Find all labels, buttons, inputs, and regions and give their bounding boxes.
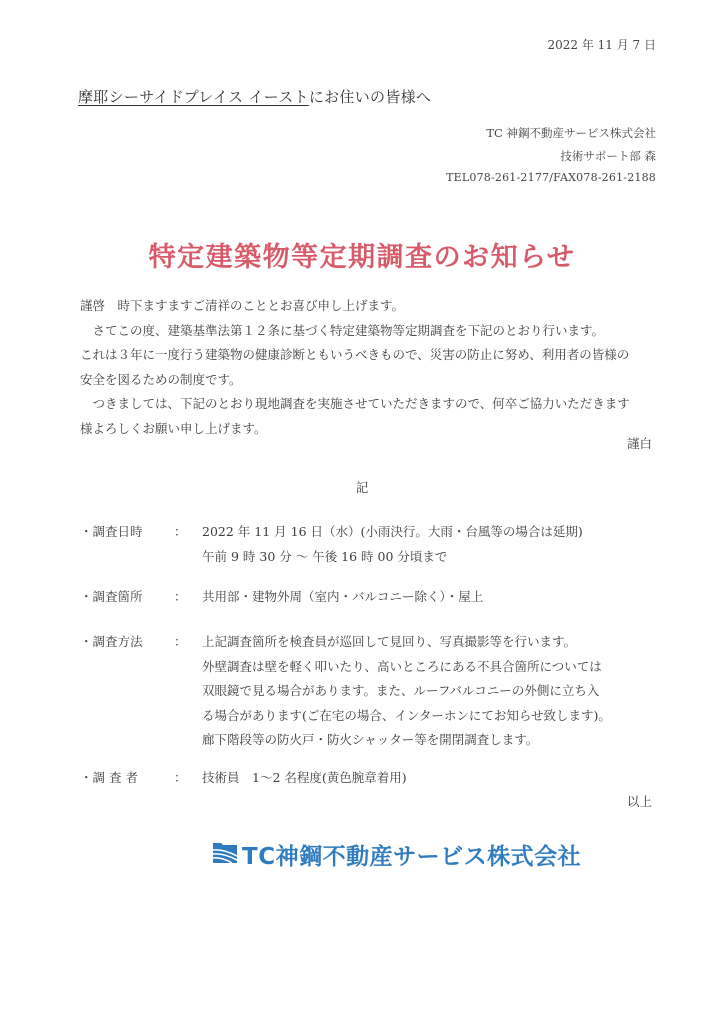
item-value: 2022 年 11 月 16 日（水）(小雨決行。大雨・台風等の場合は延期) 午… [202, 520, 583, 569]
body-line: 安全を図るための制度です。 [80, 368, 660, 393]
sender-contact: TEL078-261-2177/FAX078-261-2188 [446, 171, 656, 184]
item-survey-date: ・調査日時： 2022 年 11 月 16 日（水）(小雨決行。大雨・台風等の場… [80, 520, 583, 569]
sender-company: TC 神鋼不動産サービス株式会社 [486, 125, 656, 141]
item-label: ・調 査 者 [80, 766, 174, 791]
item-label: ・調査箇所 [80, 585, 174, 610]
company-logo: TC神鋼不動産サービス株式会社 [212, 838, 581, 871]
company-logo-icon [212, 841, 238, 869]
item-value: 技術員 1～2 名程度(黄色腕章着用) [202, 766, 407, 791]
body-line: つきましては、下記のとおり現地調査を実施させていただきますので、何卒ご協力いただ… [80, 392, 660, 417]
item-line: 廊下階段等の防火戸・防火シャッター等を開閉調査します。 [202, 728, 611, 753]
item-colon: ： [174, 630, 202, 655]
item-value: 共用部・建物外周（室内・バルコニー除く）・屋上 [202, 585, 483, 610]
item-line: る場合があります(ご在宅の場合、インターホンにてお知らせ致します)。 [202, 704, 611, 729]
item-line: 2022 年 11 月 16 日（水）(小雨決行。大雨・台風等の場合は延期) [202, 520, 583, 545]
closing-kinpaku: 謹白 [627, 434, 652, 452]
item-line: 共用部・建物外周（室内・バルコニー除く）・屋上 [202, 585, 483, 610]
item-surveyor: ・調 査 者： 技術員 1～2 名程度(黄色腕章着用) [80, 766, 407, 791]
notice-body: 謹啓 時下ますますご清祥のこととお喜び申し上げます。 さてこの度、建築基準法第１… [80, 294, 660, 441]
item-line: 双眼鏡で見る場合があります。また、ルーフバルコニーの外側に立ち入 [202, 679, 611, 704]
ki-heading: 記 [0, 478, 724, 496]
notice-title: 特定建築物等定期調査のお知らせ [0, 235, 724, 274]
building-name: 摩耶シーサイドプレイス イースト [78, 88, 309, 106]
body-line: さてこの度、建築基準法第１２条に基づく特定建築物等定期調査を下記のとおり行います… [80, 319, 660, 344]
item-survey-location: ・調査箇所： 共用部・建物外周（室内・バルコニー除く）・屋上 [80, 585, 483, 610]
item-line: 外壁調査は壁を軽く叩いたり、高いところにある不具合箇所については [202, 655, 611, 680]
closing-ijou: 以上 [627, 792, 652, 810]
item-label: ・調査方法 [80, 630, 174, 655]
body-line: これは３年に一度行う建築物の健康診断ともいうべきもので、災害の防止に努め、利用者… [80, 343, 660, 368]
item-colon: ： [174, 766, 202, 791]
document-date: 2022 年 11 月 7 日 [547, 36, 656, 53]
item-line: 上記調査箇所を検査員が巡回して見回り、写真撮影等を行います。 [202, 630, 611, 655]
sender-department: 技術サポート部 森 [560, 148, 656, 164]
item-colon: ： [174, 520, 202, 545]
company-logo-text: TC神鋼不動産サービス株式会社 [242, 838, 581, 871]
body-line: 謹啓 時下ますますご清祥のこととお喜び申し上げます。 [80, 294, 660, 319]
item-value: 上記調査箇所を検査員が巡回して見回り、写真撮影等を行います。 外壁調査は壁を軽く… [202, 630, 611, 753]
item-line: 技術員 1～2 名程度(黄色腕章着用) [202, 766, 407, 791]
item-survey-method: ・調査方法： 上記調査箇所を検査員が巡回して見回り、写真撮影等を行います。 外壁… [80, 630, 611, 753]
addressee: 摩耶シーサイドプレイス イーストにお住いの皆様へ [78, 86, 431, 107]
addressee-suffix: にお住いの皆様へ [309, 88, 431, 106]
item-line: 午前 9 時 30 分 ～ 午後 16 時 00 分頃まで [202, 545, 583, 570]
item-colon: ： [174, 585, 202, 610]
body-line: 様よろしくお願い申し上げます。 [80, 417, 660, 442]
item-label: ・調査日時 [80, 520, 174, 545]
